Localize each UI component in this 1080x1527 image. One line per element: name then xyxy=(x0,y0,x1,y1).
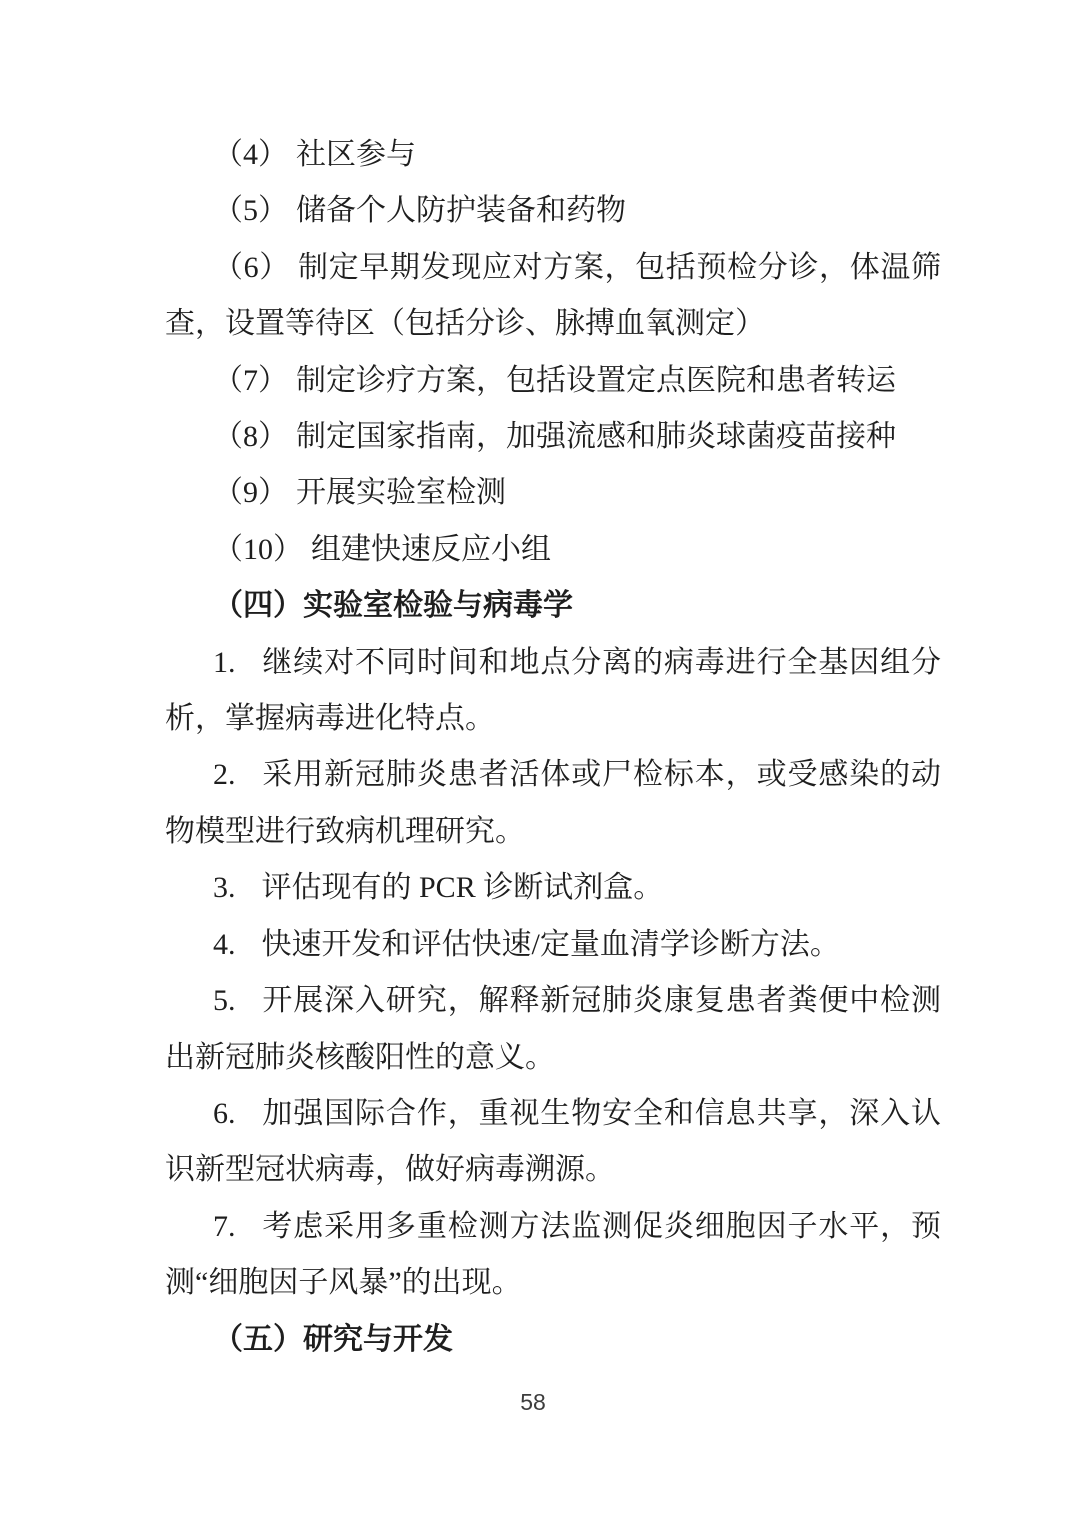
item-text: 评估现有的 PCR 诊断试剂盒。 xyxy=(262,871,664,904)
item-text: 继续对不同时间和地点分离的病毒进行全基因组分析，掌握病毒进化特点。 xyxy=(165,646,941,735)
list-item: （9）开展实验室检测 xyxy=(165,465,941,521)
document-page: （4）社区参与 （5）储备个人防护装备和药物 （6）制定早期发现应对方案，包括预… xyxy=(0,0,1080,1527)
item-text: 组建快速反应小组 xyxy=(311,533,551,566)
numbered-item: 1.继续对不同时间和地点分离的病毒进行全基因组分析，掌握病毒进化特点。 xyxy=(165,635,941,748)
item-text: 考虑采用多重检测方法监测促炎细胞因子水平，预测“细胞因子风暴”的出现。 xyxy=(165,1210,941,1299)
document-body: （4）社区参与 （5）储备个人防护装备和药物 （6）制定早期发现应对方案，包括预… xyxy=(165,127,941,1368)
list-item: （4）社区参与 xyxy=(165,127,941,183)
item-marker: （10） xyxy=(213,533,303,566)
section-heading-text: （四）实验室检验与病毒学 xyxy=(213,589,573,622)
item-marker: 4. xyxy=(213,928,236,961)
item-marker: 5. xyxy=(213,984,236,1017)
numbered-item: 5.开展深入研究，解释新冠肺炎康复患者粪便中检测出新冠肺炎核酸阳性的意义。 xyxy=(165,973,941,1086)
item-text: 快速开发和评估快速/定量血清学诊断方法。 xyxy=(262,928,840,961)
item-marker: （9） xyxy=(213,476,288,509)
item-text: 开展实验室检测 xyxy=(296,476,506,509)
item-marker: （5） xyxy=(213,194,288,227)
list-item: （10）组建快速反应小组 xyxy=(165,522,941,578)
item-marker: （4） xyxy=(213,138,288,171)
item-marker: （6） xyxy=(213,251,290,284)
item-text: 制定诊疗方案，包括设置定点医院和患者转运 xyxy=(296,364,896,397)
list-item: （5）储备个人防护装备和药物 xyxy=(165,183,941,239)
item-marker: 2. xyxy=(213,758,236,791)
numbered-item: 7.考虑采用多重检测方法监测促炎细胞因子水平，预测“细胞因子风暴”的出现。 xyxy=(165,1199,941,1312)
item-marker: 1. xyxy=(213,646,236,679)
item-marker: 6. xyxy=(213,1097,236,1130)
item-text: 社区参与 xyxy=(296,138,416,171)
numbered-item: 4.快速开发和评估快速/定量血清学诊断方法。 xyxy=(165,917,941,973)
numbered-item: 2.采用新冠肺炎患者活体或尸检标本，或受感染的动物模型进行致病机理研究。 xyxy=(165,747,941,860)
numbered-item: 3.评估现有的 PCR 诊断试剂盒。 xyxy=(165,860,941,916)
section-heading-text: （五）研究与开发 xyxy=(213,1323,453,1356)
item-text: 开展深入研究，解释新冠肺炎康复患者粪便中检测出新冠肺炎核酸阳性的意义。 xyxy=(165,984,941,1073)
item-text: 采用新冠肺炎患者活体或尸检标本，或受感染的动物模型进行致病机理研究。 xyxy=(165,758,941,847)
item-marker: （7） xyxy=(213,364,288,397)
section-heading: （五）研究与开发 xyxy=(165,1312,941,1368)
item-marker: 3. xyxy=(213,871,236,904)
list-item: （7）制定诊疗方案，包括设置定点医院和患者转运 xyxy=(165,353,941,409)
list-item: （8）制定国家指南，加强流感和肺炎球菌疫苗接种 xyxy=(165,409,941,465)
item-marker: （8） xyxy=(213,420,288,453)
page-number: 58 xyxy=(0,1389,1066,1416)
item-text: 加强国际合作，重视生物安全和信息共享，深入认识新型冠状病毒，做好病毒溯源。 xyxy=(165,1097,941,1186)
section-heading: （四）实验室检验与病毒学 xyxy=(165,578,941,634)
item-marker: 7. xyxy=(213,1210,236,1243)
item-text: 制定国家指南，加强流感和肺炎球菌疫苗接种 xyxy=(296,420,896,453)
item-text: 储备个人防护装备和药物 xyxy=(296,194,626,227)
list-item: （6）制定早期发现应对方案，包括预检分诊，体温筛查，设置等待区（包括分诊、脉搏血… xyxy=(165,240,941,353)
numbered-item: 6.加强国际合作，重视生物安全和信息共享，深入认识新型冠状病毒，做好病毒溯源。 xyxy=(165,1086,941,1199)
